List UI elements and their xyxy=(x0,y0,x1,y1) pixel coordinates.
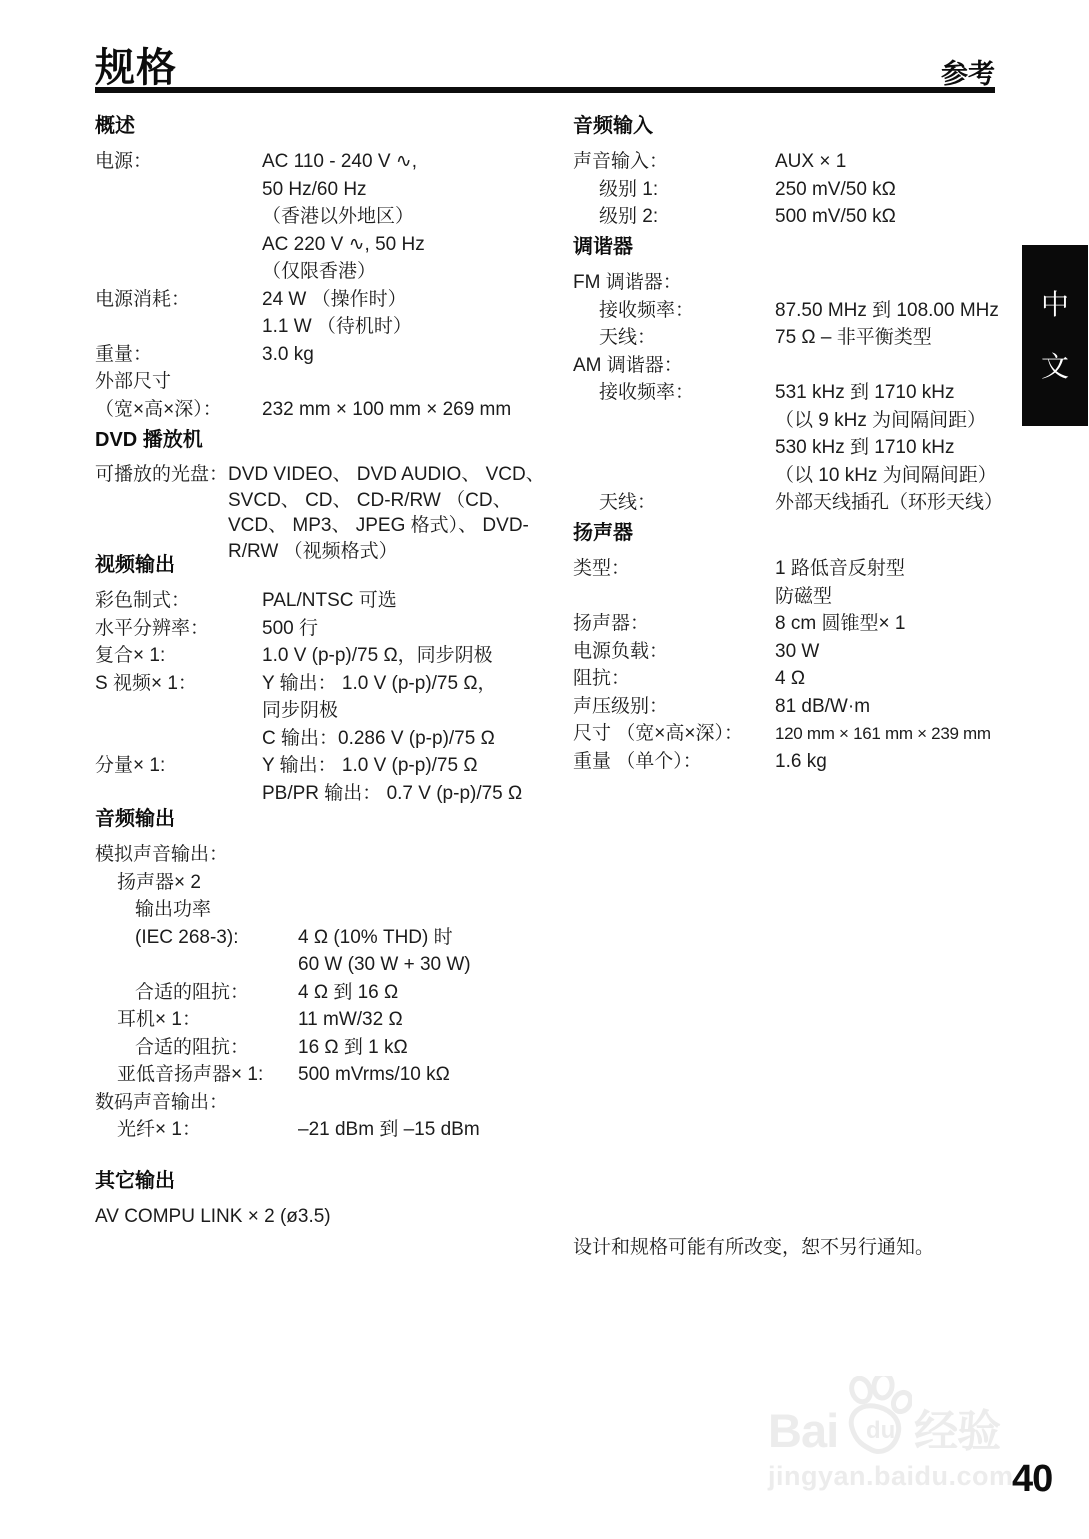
spec-row: 电源负载： 30 W xyxy=(573,638,1023,666)
spec-label xyxy=(599,407,775,435)
spec-value: SVCD、 CD、 CD-R/RW （CD、 xyxy=(228,488,512,514)
baidu-logo: Bai du 经验 xyxy=(768,1376,1028,1454)
spec-label xyxy=(95,780,262,808)
spec-row: 声音输入： AUX × 1 xyxy=(573,148,1023,176)
spec-rows: 电源： AC 110 - 240 V ∿, 50 Hz/60 Hz （香港以外地… xyxy=(95,148,570,423)
spec-value: Y 输出： 1.0 V (p-p)/75 Ω， xyxy=(262,670,497,698)
spec-row: （香港以外地区） xyxy=(95,203,570,231)
spec-row: 水平分辨率： 500 行 xyxy=(95,615,570,643)
spec-value: 530 kHz 到 1710 kHz xyxy=(775,434,955,462)
spec-row: (IEC 268-3): 4 Ω (10% THD) 时 xyxy=(95,924,570,952)
spec-row: （仅限香港） xyxy=(95,258,570,286)
spec-label: 重量 （单个）： xyxy=(573,748,775,776)
spec-value: AV COMPU LINK × 2 (ø3.5) xyxy=(95,1203,331,1231)
spec-label: 水平分辨率： xyxy=(95,615,262,643)
spec-label: 复合× 1: xyxy=(95,642,262,670)
spec-rows: 模拟声音输出： 扬声器× 2 输出功率 (IEC 268-3): 4 Ω (10… xyxy=(95,841,570,1144)
spec-value: AC 220 V ∿, 50 Hz xyxy=(262,231,425,259)
section-heading: 音频输入 xyxy=(573,113,1023,140)
spec-label: 接收频率： xyxy=(599,379,775,407)
side-tab-char: 中 xyxy=(1041,291,1069,319)
spec-row: FM 调谐器： xyxy=(573,269,1023,297)
spec-value: 531 kHz 到 1710 kHz xyxy=(775,379,955,407)
title-rule xyxy=(95,87,995,93)
spec-row: 分量× 1: Y 输出： 1.0 V (p-p)/75 Ω xyxy=(95,752,570,780)
page-number: 40 xyxy=(1012,1458,1052,1501)
spec-row: 可播放的光盘： DVD VIDEO、 DVD AUDIO、 VCD、 xyxy=(95,462,570,488)
spec-value: 81 dB/W·m xyxy=(775,693,870,721)
spec-row: 电源： AC 110 - 240 V ∿, xyxy=(95,148,570,176)
spec-value: Y 输出： 1.0 V (p-p)/75 Ω xyxy=(262,752,478,780)
spec-label: 外部尺寸 xyxy=(95,368,262,396)
spec-value: 11 mW/32 Ω xyxy=(298,1006,403,1034)
spec-label xyxy=(95,176,262,204)
spec-label: FM 调谐器： xyxy=(573,269,775,297)
spec-value: 同步阴极 xyxy=(262,697,338,725)
spec-label: 电源消耗： xyxy=(95,286,262,314)
section-heading: 音频输出 xyxy=(95,806,570,833)
spec-label: （宽×高×深）： xyxy=(95,396,262,424)
spec-label: 彩色制式： xyxy=(95,587,262,615)
spec-label: 可播放的光盘： xyxy=(95,462,228,488)
spec-label: 接收频率： xyxy=(599,297,775,325)
section-heading: 概述 xyxy=(95,113,570,140)
spec-rows: 类型： 1 路低音反射型 防磁型 扬声器： 8 cm 圆锥型× 1 电源负载： … xyxy=(573,555,1023,775)
spec-value: 16 Ω 到 1 kΩ xyxy=(298,1034,408,1062)
spec-label: 重量： xyxy=(95,341,262,369)
spec-row: 复合× 1: 1.0 V (p-p)/75 Ω，同步阴极 xyxy=(95,642,570,670)
change-notice: 设计和规格可能有所改变，恕不另行通知。 xyxy=(573,1234,934,1261)
spec-row: 输出功率 xyxy=(95,896,570,924)
spec-value: 4 Ω xyxy=(775,665,805,693)
spec-label xyxy=(599,434,775,462)
spec-value: 30 W xyxy=(775,638,819,666)
spec-row: （以 10 kHz 为间隔间距） xyxy=(573,462,1023,490)
spec-label: 光纤× 1： xyxy=(117,1116,298,1144)
side-tab-char: 文 xyxy=(1041,353,1069,381)
spec-value: PAL/NTSC 可选 xyxy=(262,587,397,615)
spec-row: 数码声音输出： xyxy=(95,1089,570,1117)
spec-label: 扬声器× 2 xyxy=(117,869,298,897)
spec-row: 防磁型 xyxy=(573,583,1023,611)
spec-value: 75 Ω – 非平衡类型 xyxy=(775,324,932,352)
spec-row: （以 9 kHz 为间隔间距） xyxy=(573,407,1023,435)
spec-value: （以 9 kHz 为间隔间距） xyxy=(775,407,986,435)
spec-label: 类型： xyxy=(573,555,775,583)
spec-row: 电源消耗： 24 W （操作时） xyxy=(95,286,570,314)
spec-row: AM 调谐器： xyxy=(573,352,1023,380)
spec-row: 60 W (30 W + 30 W) xyxy=(95,951,570,979)
spec-row: 尺寸 （宽×高×深）： 120 mm × 161 mm × 239 mm xyxy=(573,720,1023,748)
spec-label xyxy=(573,583,775,611)
section-video-output: 视频输出 彩色制式： PAL/NTSC 可选 水平分辨率： 500 行 复合× … xyxy=(95,552,570,807)
spec-row: 声压级别： 81 dB/W·m xyxy=(573,693,1023,721)
spec-row: 耳机× 1： 11 mW/32 Ω xyxy=(95,1006,570,1034)
spec-value: 120 mm × 161 mm × 239 mm xyxy=(775,720,991,748)
spec-rows: 彩色制式： PAL/NTSC 可选 水平分辨率： 500 行 复合× 1: 1.… xyxy=(95,587,570,807)
spec-value: 87.50 MHz 到 108.00 MHz xyxy=(775,297,999,325)
spec-label: 扬声器： xyxy=(573,610,775,638)
spec-value: 防磁型 xyxy=(775,583,832,611)
section-audio-input: 音频输入 声音输入： AUX × 1 级别 1: 250 mV/50 kΩ 级别… xyxy=(573,113,1023,231)
spec-label xyxy=(135,951,298,979)
spec-label: 耳机× 1： xyxy=(117,1006,298,1034)
spec-value: 1.6 kg xyxy=(775,748,827,776)
baidu-paw-icon: du xyxy=(840,1376,912,1456)
spec-label: 天线： xyxy=(599,324,775,352)
spec-label xyxy=(95,313,262,341)
baidu-suffix-text: 经验 xyxy=(914,1410,1000,1454)
spec-label: 模拟声音输出： xyxy=(95,841,298,869)
spec-value: 8 cm 圆锥型× 1 xyxy=(775,610,905,638)
spec-row: SVCD、 CD、 CD-R/RW （CD、 xyxy=(95,488,570,514)
spec-value: 1.1 W （待机时） xyxy=(262,313,412,341)
section-other-output: 其它输出 AV COMPU LINK × 2 (ø3.5) xyxy=(95,1168,570,1231)
spec-value: AC 110 - 240 V ∿, xyxy=(262,148,417,176)
spec-rows: 声音输入： AUX × 1 级别 1: 250 mV/50 kΩ 级别 2: 5… xyxy=(573,148,1023,231)
spec-value: PB/PR 输出： 0.7 V (p-p)/75 Ω xyxy=(262,780,522,808)
spec-row: 扬声器： 8 cm 圆锥型× 1 xyxy=(573,610,1023,638)
spec-label: 数码声音输出： xyxy=(95,1089,298,1117)
spec-row: 1.1 W （待机时） xyxy=(95,313,570,341)
spec-label: 亚低音扬声器× 1: xyxy=(117,1061,298,1089)
spec-value: 4 Ω (10% THD) 时 xyxy=(298,924,453,952)
spec-label xyxy=(95,725,262,753)
svg-text:du: du xyxy=(866,1417,895,1444)
corner-reference-label: 参考 xyxy=(95,52,995,91)
spec-rows: AV COMPU LINK × 2 (ø3.5) xyxy=(95,1203,570,1231)
spec-value: 250 mV/50 kΩ xyxy=(775,176,896,204)
section-heading: 视频输出 xyxy=(95,552,570,579)
spec-label xyxy=(599,462,775,490)
section-heading: 其它输出 xyxy=(95,1168,570,1195)
spec-label: 声音输入： xyxy=(573,148,775,176)
spec-row: 亚低音扬声器× 1: 500 mVrms/10 kΩ xyxy=(95,1061,570,1089)
spec-label: 阻抗： xyxy=(573,665,775,693)
spec-value: （以 10 kHz 为间隔间距） xyxy=(775,462,997,490)
spec-value: 1.0 V (p-p)/75 Ω，同步阴极 xyxy=(262,642,493,670)
spec-label: 级别 2: xyxy=(599,203,775,231)
section-dvd-player: DVD 播放机 可播放的光盘： DVD VIDEO、 DVD AUDIO、 VC… xyxy=(95,427,570,564)
spec-value: 外部天线插孔（环形天线） xyxy=(775,489,1003,517)
spec-label xyxy=(95,258,262,286)
spec-value: 500 mV/50 kΩ xyxy=(775,203,896,231)
spec-value: 500 行 xyxy=(262,615,318,643)
spec-row: S 视频× 1： Y 输出： 1.0 V (p-p)/75 Ω， xyxy=(95,670,570,698)
spec-label xyxy=(95,203,262,231)
spec-row: 级别 1: 250 mV/50 kΩ xyxy=(573,176,1023,204)
spec-value: （香港以外地区） xyxy=(262,203,414,231)
spec-label: AM 调谐器： xyxy=(573,352,775,380)
spec-value: 50 Hz/60 Hz xyxy=(262,176,367,204)
spec-value: C 输出：0.286 V (p-p)/75 Ω xyxy=(262,725,495,753)
spec-label xyxy=(95,513,228,539)
spec-label: 尺寸 （宽×高×深）： xyxy=(573,720,775,748)
spec-label: 输出功率 xyxy=(135,896,298,924)
spec-label: 声压级别： xyxy=(573,693,775,721)
spec-value: 1 路低音反射型 xyxy=(775,555,905,583)
spec-row: AC 220 V ∿, 50 Hz xyxy=(95,231,570,259)
spec-row: 接收频率： 531 kHz 到 1710 kHz xyxy=(573,379,1023,407)
spec-label: S 视频× 1： xyxy=(95,670,262,698)
spec-row: 合适的阻抗： 4 Ω 到 16 Ω xyxy=(95,979,570,1007)
spec-label: (IEC 268-3): xyxy=(135,924,298,952)
spec-label: 合适的阻抗： xyxy=(135,979,298,1007)
section-heading: 扬声器 xyxy=(573,520,1023,547)
baidu-watermark: Bai du 经验 jingyan.baidu.com xyxy=(768,1376,1028,1490)
spec-label: 级别 1: xyxy=(599,176,775,204)
spec-row: 天线： 外部天线插孔（环形天线） xyxy=(573,489,1023,517)
spec-value: 4 Ω 到 16 Ω xyxy=(298,979,398,1007)
spec-label: 分量× 1: xyxy=(95,752,262,780)
spec-rows: FM 调谐器： 接收频率： 87.50 MHz 到 108.00 MHz 天线：… xyxy=(573,269,1023,517)
spec-row: 重量： 3.0 kg xyxy=(95,341,570,369)
spec-label: 电源： xyxy=(95,148,262,176)
spec-label: 合适的阻抗： xyxy=(135,1034,298,1062)
spec-row: 重量 （单个）： 1.6 kg xyxy=(573,748,1023,776)
spec-row: PB/PR 输出： 0.7 V (p-p)/75 Ω xyxy=(95,780,570,808)
spec-row: 级别 2: 500 mV/50 kΩ xyxy=(573,203,1023,231)
section-heading: 调谐器 xyxy=(573,234,1023,261)
spec-row: 阻抗： 4 Ω xyxy=(573,665,1023,693)
spec-row: VCD、 MP3、 JPEG 格式）、 DVD- xyxy=(95,513,570,539)
spec-row: （宽×高×深）： 232 mm × 100 mm × 269 mm xyxy=(95,396,570,424)
spec-value: （仅限香港） xyxy=(262,258,376,286)
spec-value: 3.0 kg xyxy=(262,341,314,369)
spec-label: 电源负载： xyxy=(573,638,775,666)
language-side-tab: 中 文 xyxy=(1022,245,1088,426)
spec-row: 光纤× 1： –21 dBm 到 –15 dBm xyxy=(95,1116,570,1144)
spec-row: 类型： 1 路低音反射型 xyxy=(573,555,1023,583)
spec-value: 24 W （操作时） xyxy=(262,286,407,314)
spec-row: C 输出：0.286 V (p-p)/75 Ω xyxy=(95,725,570,753)
spec-row: AV COMPU LINK × 2 (ø3.5) xyxy=(95,1203,570,1231)
spec-row: 天线： 75 Ω – 非平衡类型 xyxy=(573,324,1023,352)
baidu-brand-text: Bai xyxy=(768,1407,838,1454)
spec-value: 500 mVrms/10 kΩ xyxy=(298,1061,450,1089)
spec-row: 模拟声音输出： xyxy=(95,841,570,869)
spec-row: 合适的阻抗： 16 Ω 到 1 kΩ xyxy=(95,1034,570,1062)
spec-value: –21 dBm 到 –15 dBm xyxy=(298,1116,480,1144)
spec-label: 天线： xyxy=(599,489,775,517)
spec-label xyxy=(95,231,262,259)
spec-row: 外部尺寸 xyxy=(95,368,570,396)
spec-row: 彩色制式： PAL/NTSC 可选 xyxy=(95,587,570,615)
section-speaker: 扬声器 类型： 1 路低音反射型 防磁型 扬声器： 8 cm 圆锥型× 1 电源… xyxy=(573,520,1023,775)
section-tuner: 调谐器 FM 调谐器： 接收频率： 87.50 MHz 到 108.00 MHz… xyxy=(573,234,1023,517)
spec-value: DVD VIDEO、 DVD AUDIO、 VCD、 xyxy=(228,462,545,488)
spec-row: 50 Hz/60 Hz xyxy=(95,176,570,204)
baidu-url-text: jingyan.baidu.com xyxy=(768,1463,1028,1490)
section-overview: 概述 电源： AC 110 - 240 V ∿, 50 Hz/60 Hz （香港… xyxy=(95,113,570,423)
spec-row: 530 kHz 到 1710 kHz xyxy=(573,434,1023,462)
spec-row: 同步阴极 xyxy=(95,697,570,725)
spec-value: 232 mm × 100 mm × 269 mm xyxy=(262,396,511,424)
spec-value: 60 W (30 W + 30 W) xyxy=(298,951,471,979)
spec-row: 接收频率： 87.50 MHz 到 108.00 MHz xyxy=(573,297,1023,325)
spec-row: 扬声器× 2 xyxy=(95,869,570,897)
spec-label xyxy=(95,488,228,514)
section-audio-output: 音频输出 模拟声音输出： 扬声器× 2 输出功率 (IEC 268-3): 4 … xyxy=(95,806,570,1144)
spec-value: AUX × 1 xyxy=(775,148,846,176)
spec-label xyxy=(95,697,262,725)
section-heading: DVD 播放机 xyxy=(95,427,570,454)
spec-rows: 可播放的光盘： DVD VIDEO、 DVD AUDIO、 VCD、 SVCD、… xyxy=(95,462,570,564)
spec-value: VCD、 MP3、 JPEG 格式）、 DVD- xyxy=(228,513,529,539)
